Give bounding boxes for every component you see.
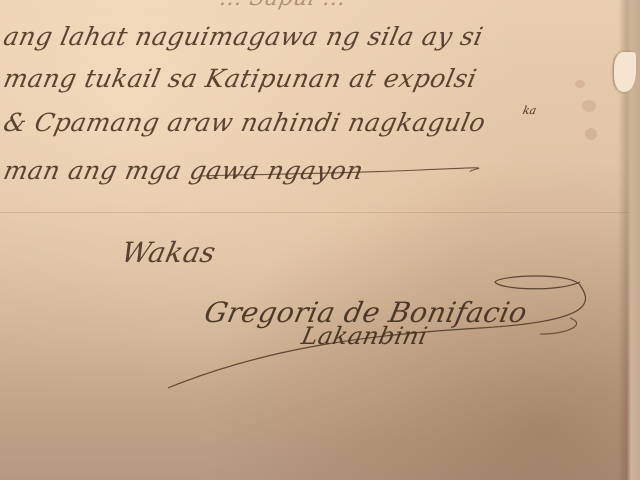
manuscript-line-0: ... Sapul ...	[217, 0, 348, 11]
ink-stain	[582, 100, 596, 112]
manuscript-line-2: mang tukail sa Katipunan at expolsi	[1, 64, 480, 93]
paper-tear	[614, 52, 636, 92]
signature-title: Lakanbini	[299, 322, 430, 350]
paper-fold-crease	[0, 212, 640, 213]
manuscript-line-4: man ang mga gawa ngayon	[1, 156, 366, 185]
closing-word: Wakas	[118, 236, 219, 269]
manuscript-line-3: & Cpamang araw nahindi nagkagulo	[1, 108, 489, 137]
manuscript-line-1: ang lahat naguimagawa ng sila ay si	[1, 22, 486, 51]
ink-stain	[585, 128, 597, 140]
superscript-insertion: ka	[522, 104, 538, 117]
ink-stain	[575, 80, 585, 88]
